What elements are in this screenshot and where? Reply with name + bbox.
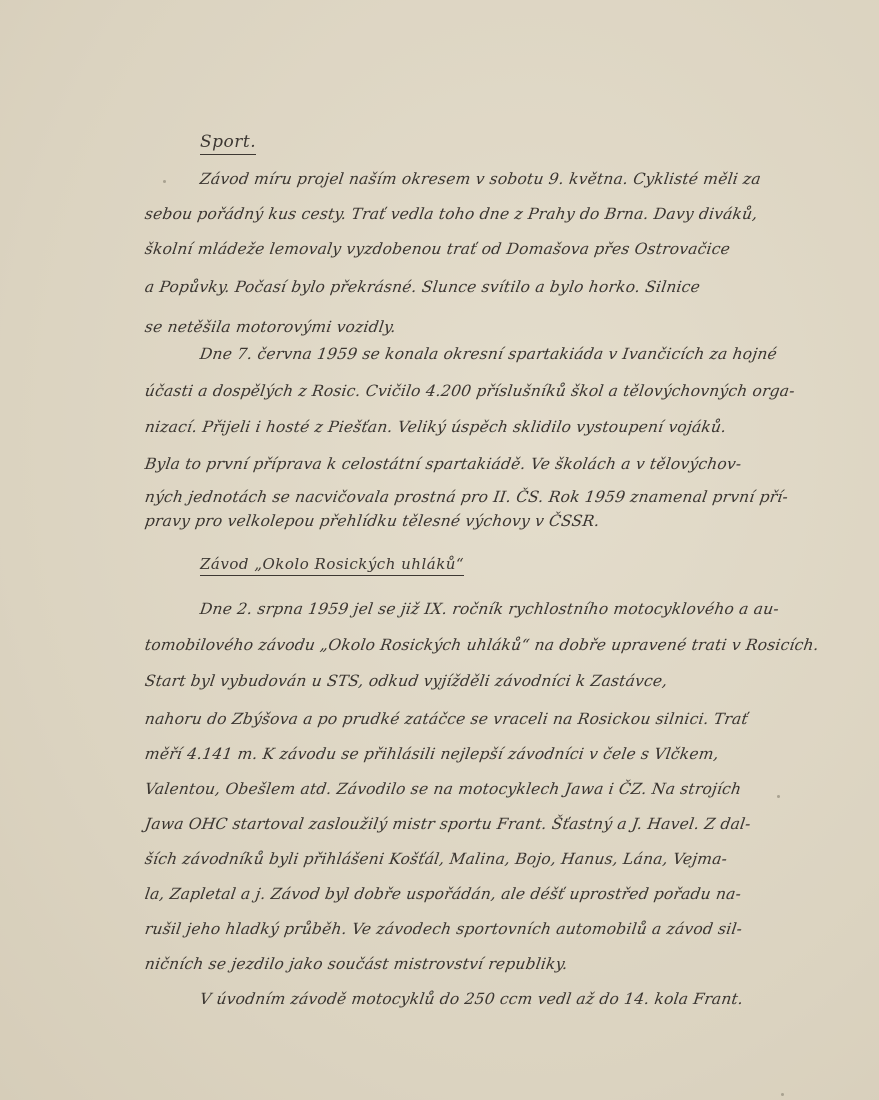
text-line: Valentou, Obešlem atd. Závodilo se na mo… xyxy=(144,780,743,798)
text-line: Byla to první příprava k celostátní spar… xyxy=(144,455,743,473)
text-line: školní mládeže lemovaly vyzdobenou trať … xyxy=(144,240,732,258)
paper-speck xyxy=(163,180,166,183)
text-line: ničních se jezdilo jako součást mistrovs… xyxy=(144,955,569,973)
text-line: Jawa OHC startoval zasloužilý mistr spor… xyxy=(144,815,752,833)
text-line: Dne 7. června 1959 se konala okresní spa… xyxy=(199,345,778,363)
text-line: sebou pořádný kus cesty. Trať vedla toho… xyxy=(144,205,759,223)
paper-speck xyxy=(781,1093,784,1096)
text-line: ších závodníků byli přihlášeni Košťál, M… xyxy=(144,850,729,868)
text-line: rušil jeho hladký průběh. Ve závodech sp… xyxy=(144,920,744,938)
text-line: a Popůvky. Počasí bylo překrásné. Slunce… xyxy=(144,278,702,296)
text-line: nizací. Přijeli i hosté z Piešťan. Velik… xyxy=(144,418,728,436)
text-line: se netěšila motorovými vozidly. xyxy=(144,318,398,336)
text-line: účasti a dospělých z Rosic. Cvičilo 4.20… xyxy=(144,382,796,400)
text-line: pravy pro velkolepou přehlídku tělesné v… xyxy=(144,512,601,530)
chronicle-page: Sport. Závod míru projel naším okresem v… xyxy=(0,0,879,1100)
heading-sport: Sport. xyxy=(200,132,256,155)
text-line: tomobilového závodu „Okolo Rosických uhl… xyxy=(144,636,820,654)
text-line: V úvodním závodě motocyklů do 250 ccm ve… xyxy=(199,990,745,1008)
text-line: Závod míru projel naším okresem v sobotu… xyxy=(199,170,762,188)
text-line: Dne 2. srpna 1959 jel se již IX. ročník … xyxy=(199,600,780,618)
text-line: nahoru do Zbýšova a po prudké zatáčce se… xyxy=(144,710,749,728)
text-line: ných jednotách se nacvičovala prostná pr… xyxy=(144,488,790,506)
heading-race: Závod „Okolo Rosických uhláků“ xyxy=(200,555,464,576)
text-line: Start byl vybudován u STS, odkud vyjíždě… xyxy=(144,672,669,690)
text-line: la, Zapletal a j. Závod byl dobře uspořá… xyxy=(144,885,743,903)
paper-speck xyxy=(777,795,780,798)
text-line: měří 4.141 m. K závodu se přihlásili nej… xyxy=(144,745,720,763)
